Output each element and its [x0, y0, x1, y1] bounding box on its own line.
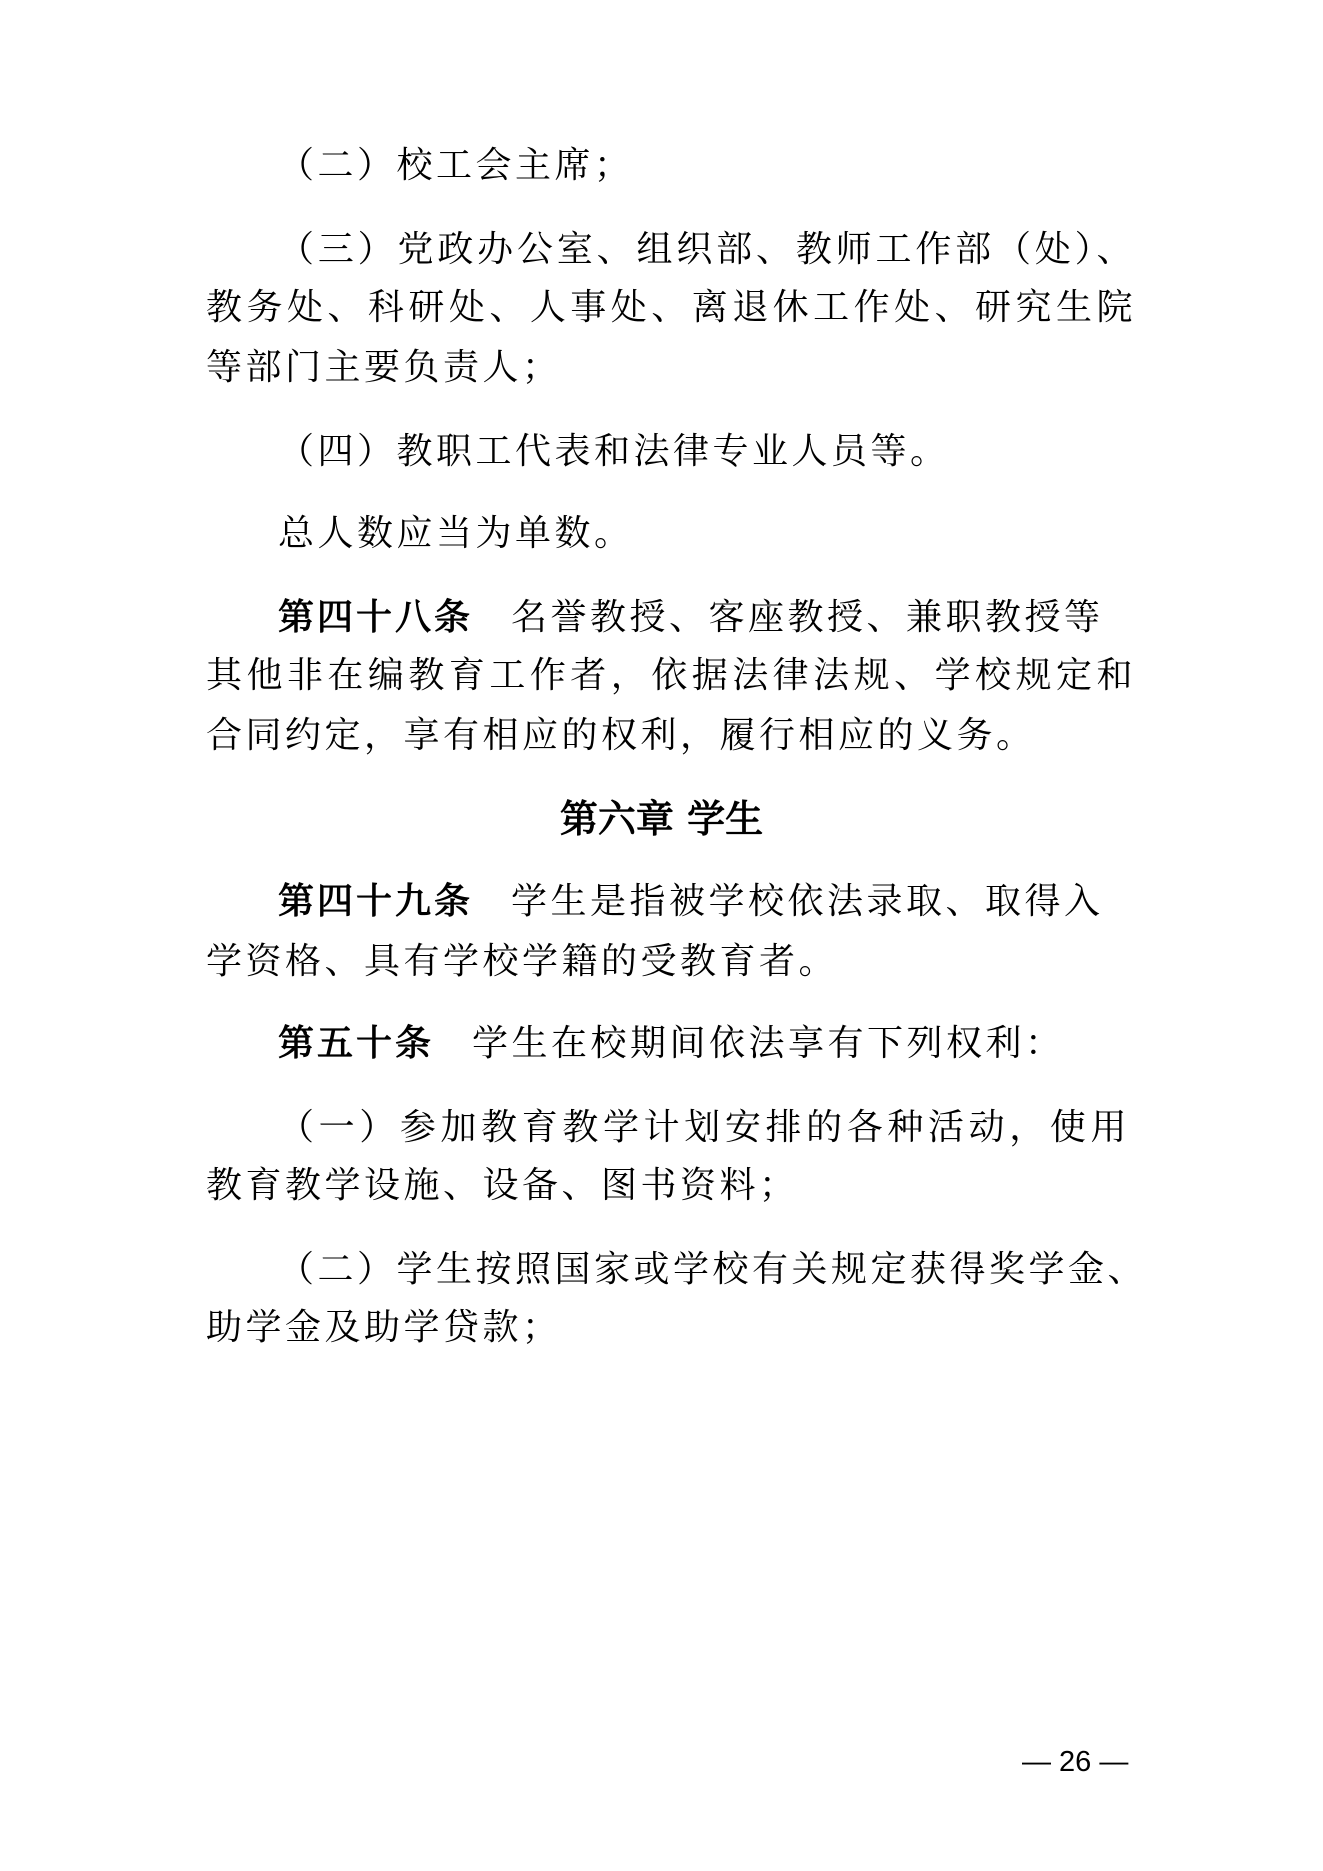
article-48-label: 第四十八条 — [278, 597, 473, 638]
article-48-text: 名誉教授、客座教授、兼职教授等 — [511, 597, 1104, 638]
list-item-3-line-2: 教务处、科研处、人事处、离退休工作处、研究生院 — [206, 286, 1136, 330]
article-49-line-2: 学资格、具有学校学籍的受教育者。 — [206, 940, 1136, 984]
right-item-2-line-1: （二）学生按照国家或学校有关规定获得奖学金、 — [278, 1248, 1136, 1292]
list-item-3-line-3: 等部门主要负责人； — [206, 346, 1136, 390]
article-50-label: 第五十条 — [278, 1023, 434, 1064]
chapter-heading: 第六章 学生 — [0, 796, 1323, 842]
article-48-line-1: 第四十八条名誉教授、客座教授、兼职教授等 — [278, 596, 1130, 640]
page-number: — 26 — — [1022, 1745, 1128, 1779]
document-page: （二）校工会主席； （三）党政办公室、组织部、教师工作部（处）、 教务处、科研处… — [0, 0, 1323, 1871]
total-count-note: 总人数应当为单数。 — [278, 512, 1208, 556]
list-item-2: （二）校工会主席； — [278, 144, 1208, 188]
article-48-line-3: 合同约定，享有相应的权利，履行相应的义务。 — [206, 714, 1136, 758]
article-50-text: 学生在校期间依法享有下列权利： — [472, 1023, 1065, 1064]
right-item-1-line-1: （一）参加教育教学计划安排的各种活动，使用 — [278, 1106, 1130, 1150]
right-item-2-line-2: 助学金及助学贷款； — [206, 1306, 1136, 1350]
article-49-line-1: 第四十九条学生是指被学校依法录取、取得入 — [278, 880, 1130, 924]
list-item-3-line-1: （三）党政办公室、组织部、教师工作部（处）、 — [278, 228, 1136, 272]
right-item-1-line-2: 教育教学设施、设备、图书资料； — [206, 1164, 1136, 1208]
article-48-line-2: 其他非在编教育工作者，依据法律法规、学校规定和 — [206, 654, 1136, 698]
article-50-line-1: 第五十条学生在校期间依法享有下列权利： — [278, 1022, 1208, 1066]
article-49-label: 第四十九条 — [278, 881, 473, 922]
list-item-4: （四）教职工代表和法律专业人员等。 — [278, 430, 1208, 474]
article-49-text: 学生是指被学校依法录取、取得入 — [511, 881, 1104, 922]
